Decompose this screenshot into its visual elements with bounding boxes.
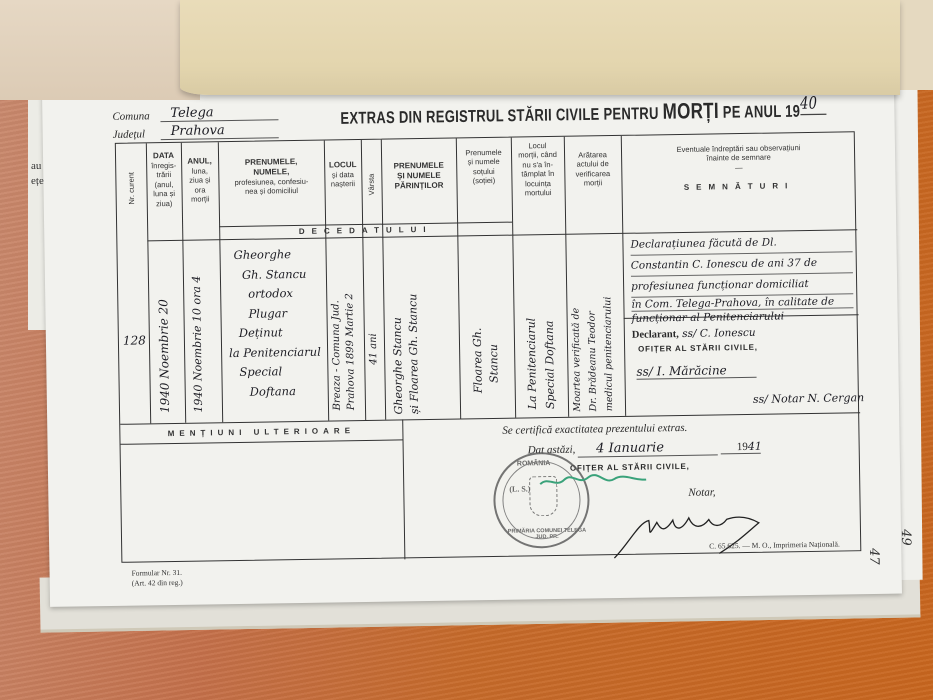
green-signature-icon bbox=[538, 471, 648, 491]
comuna-value: Telega bbox=[160, 104, 278, 122]
record-parintii-1: Gheorghe Stancu bbox=[391, 317, 406, 414]
header-varsta: Vârsta bbox=[366, 164, 376, 204]
record-sotul-2: Stancu bbox=[487, 344, 501, 383]
record-parintii-2: și Floarea Gh. Stancu bbox=[406, 294, 421, 415]
record-varsta: 41 ani bbox=[368, 333, 379, 365]
dat-year-prefix: 19 bbox=[737, 441, 748, 453]
official-stamp: ROMÂNIA PRIMĂRIA COMUNEI TELEGA JUD. PR.… bbox=[493, 451, 590, 548]
notar-label: Notar, bbox=[688, 486, 715, 498]
record-aratarea-1: Moartea verificată de bbox=[570, 308, 583, 412]
notar-signature-icon bbox=[609, 500, 780, 563]
record-locul-nasterii-2: Prahova 1899 Martie 2 bbox=[344, 293, 357, 410]
judetul-label: Județul bbox=[113, 128, 161, 141]
title-suffix: PE ANUL 19 bbox=[723, 101, 801, 122]
header-prenumele: PRENUMELE,NUMELE,profesiunea, confesiu-n… bbox=[218, 157, 325, 197]
header-aratarea: Arătareaactului deverificareamorții bbox=[564, 150, 622, 188]
header-anul-mortii: ANUL,luna,ziua șioramorții bbox=[181, 156, 219, 204]
record-aratarea-2: Dr. Brădeanu Teodor bbox=[587, 311, 600, 411]
declarant-label: Declarant, bbox=[632, 329, 679, 341]
location-header: Comuna Telega Județul Prahova bbox=[112, 102, 279, 141]
mentiuni-header-line bbox=[121, 439, 403, 444]
record-aratarea-3: medicul penitenciarului bbox=[602, 297, 615, 412]
record-decedat: Gheorghe Gh. Stancu ortodox Plugar Dețin… bbox=[227, 245, 327, 403]
record-locul-mortii-2: Special Doftana bbox=[543, 320, 557, 409]
formular-number: Formular Nr. 31. bbox=[131, 568, 182, 578]
title-main: MORȚI bbox=[662, 98, 719, 124]
col-divider bbox=[361, 140, 366, 420]
record-nr-curent: 128 bbox=[123, 333, 146, 347]
left-page-edge bbox=[0, 0, 200, 100]
page-number-front: 47 bbox=[866, 548, 881, 565]
left-fragment-text: au bbox=[31, 160, 41, 172]
document-title: EXTRAS DIN REGISTRUL STĂRII CIVILE PENTR… bbox=[340, 97, 826, 131]
header-sotul: Prenumeleși numelesoțului(soției) bbox=[456, 148, 512, 186]
declarant-signature: ss/ C. Ionescu bbox=[682, 327, 756, 340]
record-locul-mortii-1: La Penitenciarul bbox=[525, 318, 539, 410]
remarks-declaration: Declarațiunea făcută de Dl. Constantin C… bbox=[630, 231, 854, 343]
record-locul-nasterii-1: Breaza - Comuna Jud. bbox=[330, 300, 343, 410]
dat-day-month: 4 Ianuarie bbox=[578, 439, 718, 457]
ls-mark: (L. S.) bbox=[509, 484, 530, 493]
comuna-label: Comuna bbox=[112, 110, 160, 123]
dat-year-suffix: 41 bbox=[748, 440, 762, 453]
header-locul-mortii: Loculmorții, cândnu s'a în-tâmplat înloc… bbox=[511, 141, 565, 198]
folded-register-page bbox=[180, 0, 900, 95]
header-parintii: PRENUMELEȘI NUMELEPĂRINȚILOR bbox=[381, 161, 456, 192]
judetul-value: Prahova bbox=[161, 122, 279, 140]
left-fragment-text: ețe bbox=[31, 175, 44, 187]
ofiter-label-remarks: OFIȚER AL STĂRII CIVILE, bbox=[638, 343, 758, 354]
header-locul-nasterii: LOCULși datanașterii bbox=[324, 160, 361, 189]
record-data-inregistrarii: 1940 Noembrie 20 bbox=[156, 299, 172, 413]
header-data-inregistrarii: DATAînregis-trării(anul,luna șiziua) bbox=[146, 151, 182, 208]
record-anul-mortii: 1940 Noembrie 10 ora 4 bbox=[190, 276, 205, 413]
title-year-handwritten: 40 bbox=[800, 94, 826, 115]
stamp-top-text: ROMÂNIA bbox=[517, 460, 551, 468]
mentiuni-divider bbox=[402, 419, 405, 559]
notar-signature-remarks: ss/ Notar N. Cergan bbox=[753, 391, 864, 406]
death-certificate-extract: Comuna Telega Județul Prahova EXTRAS DIN… bbox=[42, 79, 902, 607]
header-observatiuni: Eventuale îndreptări sau observațiuniîna… bbox=[621, 142, 857, 193]
header-nr-curent: Nr. curent bbox=[126, 153, 136, 223]
stamp-bottom-text: PRIMĂRIA COMUNEI TELEGA JUD. PR. bbox=[502, 527, 592, 540]
mentiuni-ulterioare-label: MENȚIUNI ULTERIOARE bbox=[120, 425, 402, 439]
record-bottom-line bbox=[120, 412, 860, 425]
title-prefix: EXTRAS DIN REGISTRUL STĂRII CIVILE PENTR… bbox=[340, 103, 659, 127]
formular-article: (Art. 42 din reg.) bbox=[132, 578, 183, 588]
ofiter-signature: ss/ I. Mărăcine bbox=[636, 363, 756, 380]
record-sotul-1: Floarea Gh. bbox=[471, 328, 485, 394]
